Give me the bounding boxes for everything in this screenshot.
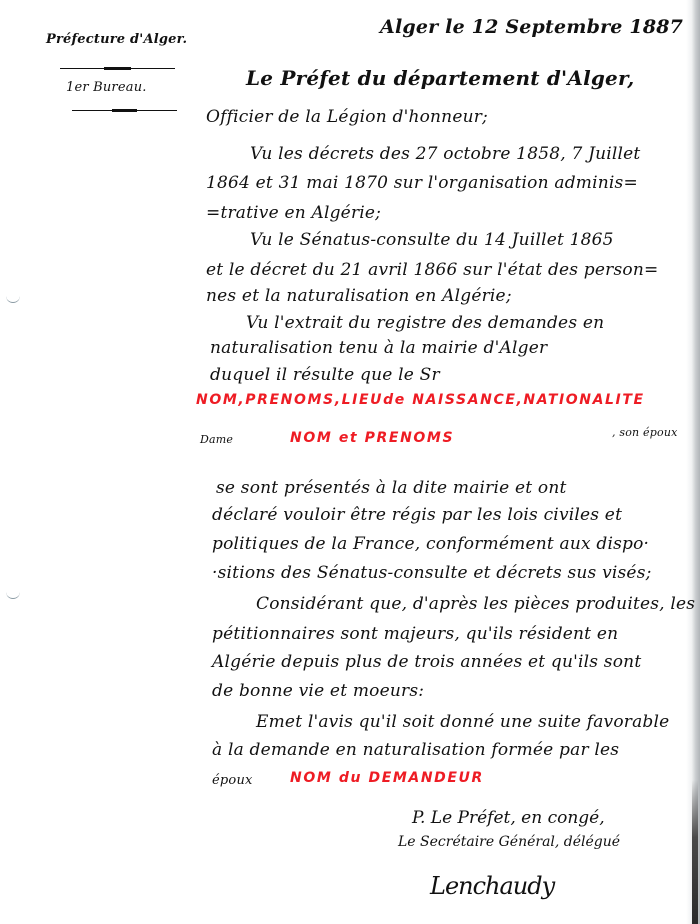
- text-line: Officier de la Légion d'honneur;: [206, 107, 488, 127]
- text-line: Considérant que, d'après les pièces prod…: [256, 594, 695, 614]
- page-edge-dark: [692, 780, 698, 924]
- text-line: Algérie depuis plus de trois années et q…: [212, 652, 641, 672]
- epoux-label: époux: [212, 773, 253, 788]
- text-line: et le décret du 21 avril 1866 sur l'état…: [206, 260, 658, 280]
- text-line: =trative en Algérie;: [206, 203, 381, 223]
- applicant-placeholder[interactable]: NOM,PRENOMS,LIEUde NAISSANCE,NATIONALITE: [196, 392, 645, 408]
- margin-mark: [6, 592, 20, 599]
- text-line: 1864 et 31 mai 1870 sur l'organisation a…: [206, 173, 638, 193]
- text-line: à la demande en naturalisation formée pa…: [212, 740, 619, 760]
- text-line: nes et la naturalisation en Algérie;: [206, 286, 512, 306]
- signature-line-secretaire: Le Secrétaire Général, délégué: [398, 834, 620, 850]
- text-line: Vu les décrets des 27 octobre 1858, 7 Ju…: [250, 144, 640, 164]
- divider: [60, 68, 175, 69]
- text-line: Vu le Sénatus-consulte du 14 Juillet 186…: [250, 230, 614, 250]
- handwritten-signature: Lenchaudy: [430, 872, 554, 900]
- document-title: Le Préfet du département d'Alger,: [246, 66, 634, 90]
- text-line: Vu l'extrait du registre des demandes en: [246, 313, 604, 333]
- text-line: se sont présentés à la dite mairie et on…: [216, 478, 567, 498]
- text-line: de bonne vie et moeurs:: [212, 681, 424, 701]
- signature-line-prefet: P. Le Préfet, en congé,: [412, 808, 605, 828]
- bureau-heading: 1er Bureau.: [66, 80, 147, 95]
- text-line: Emet l'avis qu'il soit donné une suite f…: [256, 712, 669, 732]
- son-epoux-label: , son époux: [612, 426, 678, 439]
- text-line: politiques de la France, conformément au…: [212, 534, 649, 554]
- requester-placeholder[interactable]: NOM du DEMANDEUR: [290, 770, 484, 786]
- text-line: pétitionnaires sont majeurs, qu'ils rési…: [212, 624, 618, 644]
- prefecture-heading: Préfecture d'Alger.: [46, 32, 187, 47]
- divider: [72, 110, 177, 111]
- text-line: ·sitions des Sénatus-consulte et décrets…: [212, 563, 652, 583]
- margin-mark: [6, 296, 20, 303]
- text-line: déclaré vouloir être régis par les lois …: [212, 505, 622, 525]
- text-line: naturalisation tenu à la mairie d'Alger: [210, 338, 547, 358]
- text-line: duquel il résulte que le Sr: [210, 365, 440, 385]
- place-date: Alger le 12 Septembre 1887: [380, 16, 683, 38]
- document-page: Préfecture d'Alger. 1er Bureau. Alger le…: [0, 0, 700, 924]
- spouse-placeholder[interactable]: NOM et PRENOMS: [290, 430, 454, 446]
- dame-label: Dame: [200, 433, 233, 446]
